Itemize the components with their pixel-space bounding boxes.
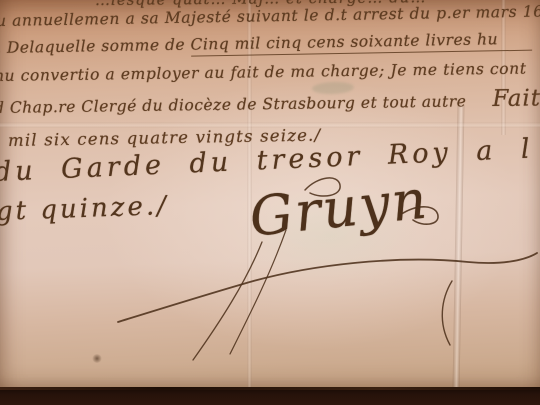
ink-blot <box>92 354 102 363</box>
table-surface <box>0 387 540 405</box>
flourish-underline-sweep <box>118 253 537 322</box>
line-4-fait-a: Fait à <box>492 85 540 112</box>
manuscript-line-2: , Delaquelle somme de Cinq mil cinq cens… <box>0 30 532 57</box>
line-2-underlined-sum: Cinq mil cinq cens soixante livres hu <box>190 30 532 57</box>
parchment-paper: …lesque quat… Maj… et charge… du… u annu… <box>0 0 540 389</box>
signature-gruyn: Gruyn <box>247 167 432 248</box>
manuscript-line-1: u annuellemen a sa Majesté suivant le d.… <box>0 2 540 30</box>
line-2-prefix: , Delaquelle somme de <box>0 36 191 57</box>
flourish-descender-1 <box>193 242 262 360</box>
flourish-right-arc <box>442 281 452 345</box>
manuscript-line-4: d Chap.re Clergé du diocèze de Strasbour… <box>0 85 540 119</box>
line-4-main: d Chap.re Clergé du diocèze de Strasbour… <box>0 92 467 117</box>
manuscript-photo: …lesque quat… Maj… et charge… du… u annu… <box>0 0 540 405</box>
manuscript-line-7-quinze: gt quinze./ <box>0 191 169 227</box>
flourish-descender-2 <box>230 230 286 354</box>
manuscript-line-3: nu convertio a employer au fait de ma ch… <box>0 60 527 85</box>
